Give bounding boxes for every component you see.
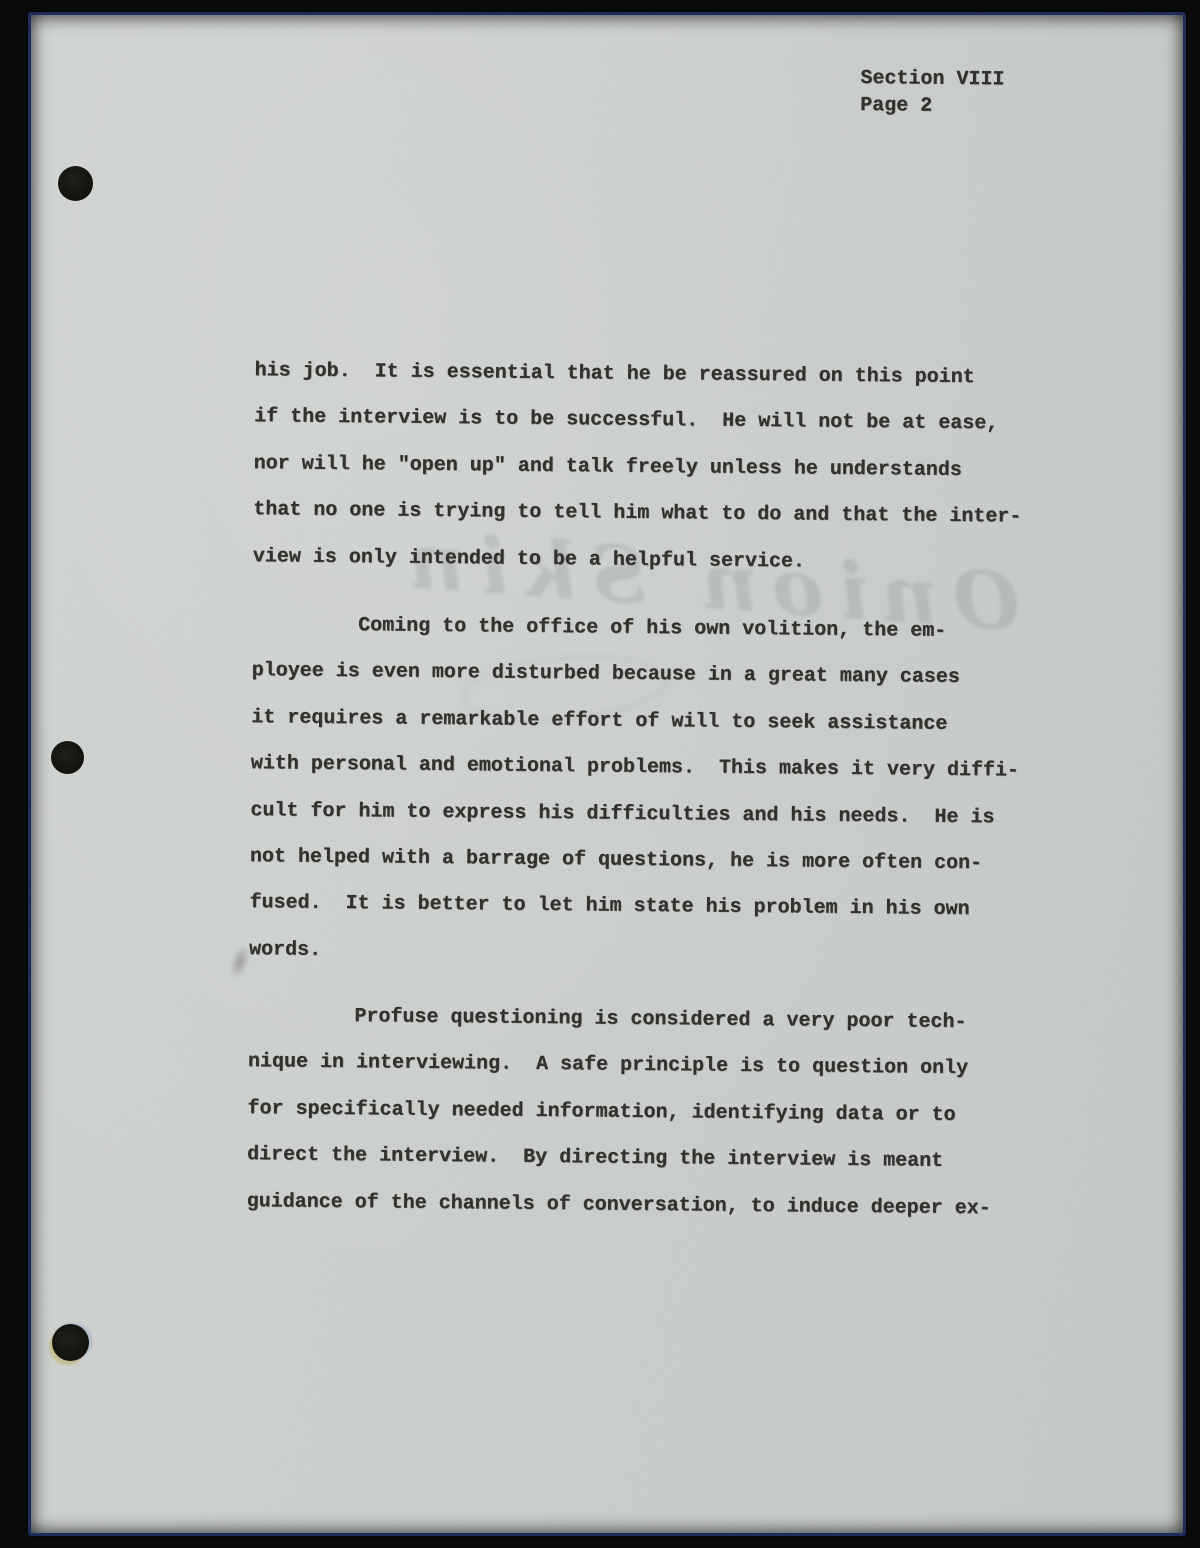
paragraph-1: his job. It is essential that he be reas… [253,348,995,587]
text-line: for specifically needed information, ide… [247,1086,987,1140]
text-line: words. [249,927,989,981]
hole-punch-top [58,166,93,201]
text-line: Profuse questioning is considered a very… [248,993,988,1047]
text-line: view is only intended to be a helpful se… [253,534,993,588]
section-label: Section VIII [860,65,1004,93]
page-header: Section VIII Page 2 [860,65,1005,120]
paragraph-2: Coming to the office of his own volition… [249,602,993,980]
document-page: Onion Skin Section VIII Page 2 his job. … [28,12,1186,1536]
text-line: it requires a remarkable effort of will … [251,695,991,749]
text-line: nor will he "open up" and talk freely un… [253,441,993,495]
typed-content: Section VIII Page 2 his job. It is essen… [16,15,1183,1544]
text-line: ployee is even more disturbed because in… [251,649,991,703]
text-line: fused. It is better to let him state his… [249,881,989,935]
text-line: nique in interviewing. A safe principle … [248,1040,988,1094]
text-line: that no one is trying to tell him what t… [253,487,993,541]
text-line: Coming to the office of his own volition… [252,602,992,656]
text-line: if the interview is to be successful. He… [254,395,994,449]
hole-punch-bottom [52,1324,89,1361]
text-line: his job. It is essential that he be reas… [254,348,994,402]
page-number-label: Page 2 [860,92,1004,120]
hole-punch-middle [51,741,84,774]
paragraph-3: Profuse questioning is considered a very… [246,993,988,1232]
text-line: direct the interview. By directing the i… [247,1132,987,1186]
text-line: guidance of the channels of conversation… [246,1179,986,1233]
text-line: with personal and emotional problems. Th… [251,741,991,795]
text-line: cult for him to express his difficulties… [250,788,990,842]
text-line: not helped with a barrage of questions, … [250,834,990,888]
scan-background: Onion Skin Section VIII Page 2 his job. … [0,0,1200,1548]
